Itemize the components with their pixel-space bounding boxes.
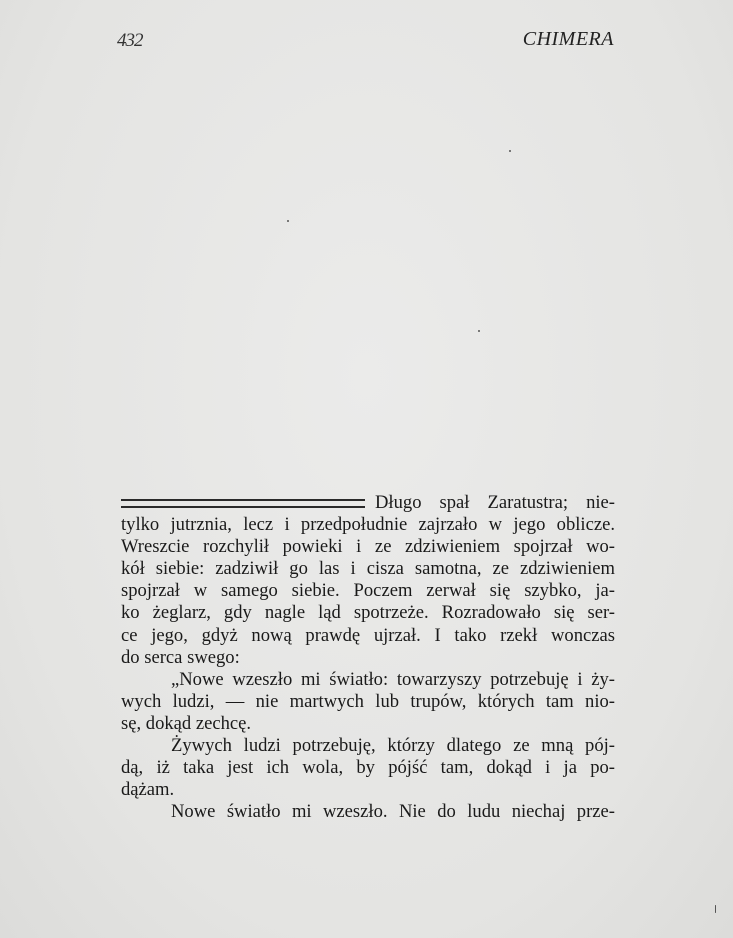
text-line: Wreszcie rozchylił powieki i ze zdziwien… xyxy=(121,536,615,558)
paper-speck xyxy=(478,330,480,332)
text-line: Żywych ludzi potrzebuję, którzy dlatego … xyxy=(121,735,615,757)
book-page: 432 CHIMERA Długo spał Zaratustra; nie- … xyxy=(0,0,733,938)
page-header: 432 CHIMERA xyxy=(0,28,733,58)
page-number: 432 xyxy=(117,30,143,52)
text-line: Nowe światło mi wzeszło. Nie do ludu nie… xyxy=(121,801,615,823)
text-line: dą, iż taka jest ich wola, by pójść tam,… xyxy=(121,757,615,779)
paper-speck xyxy=(509,150,511,152)
text-line: ce jego, gdyż nową prawdę ujrzał. I tako… xyxy=(121,625,615,647)
opening-text: Długo spał Zaratustra; nie- xyxy=(375,492,615,514)
opening-line: Długo spał Zaratustra; nie- xyxy=(121,492,615,514)
text-line: „Nowe wzeszło mi światło: towarzyszy pot… xyxy=(121,669,615,691)
paper-speck xyxy=(287,220,289,222)
text-line: wych ludzi, — nie martwych lub trupów, k… xyxy=(121,691,615,713)
text-line: tylko jutrznia, lecz i przedpołudnie zaj… xyxy=(121,514,615,536)
text-line: ko żeglarz, gdy nagle ląd spotrzeże. Roz… xyxy=(121,602,615,624)
running-title: CHIMERA xyxy=(523,28,614,51)
text-line: do serca swego: xyxy=(121,647,615,669)
text-line: kół siebie: zadziwił go las i cisza samo… xyxy=(121,558,615,580)
text-line: dążam. xyxy=(121,779,615,801)
body-text: Długo spał Zaratustra; nie- tylko jutrzn… xyxy=(121,492,615,823)
text-line: sę, dokąd zechcę. xyxy=(121,713,615,735)
text-line: spojrzał w samego siebie. Poczem zerwał … xyxy=(121,580,615,602)
paper-speck xyxy=(715,905,716,913)
double-rule-divider xyxy=(121,499,365,508)
